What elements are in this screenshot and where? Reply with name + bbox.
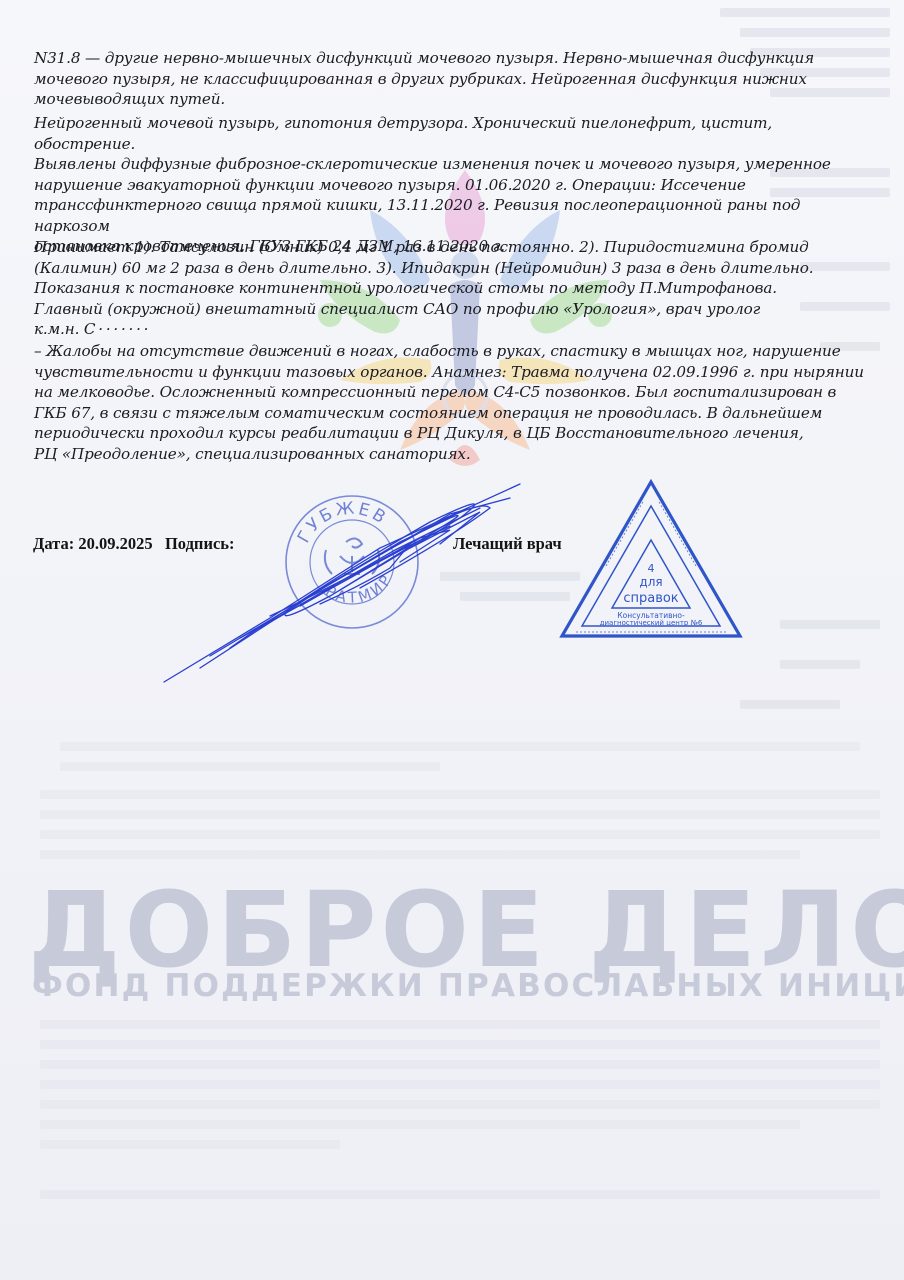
text-line: Нейрогенный мочевой пузырь, гипотония де… bbox=[34, 113, 864, 154]
text-line: чувствительности и функции тазовых орган… bbox=[34, 362, 864, 383]
medical-history-paragraph: Нейрогенный мочевой пузырь, гипотония де… bbox=[34, 113, 864, 257]
triangle-clinic-stamp: 4 для справок Консультативно- диагностич… bbox=[556, 476, 746, 644]
text-line: периодически проходил курсы реабилитации… bbox=[34, 423, 864, 444]
document-page: N31.8 — другие нервно-мышечных дисфункци… bbox=[0, 0, 904, 1280]
text-line: РЦ «Преодоление», специализированных сан… bbox=[34, 444, 864, 465]
text-line: Главный (окружной) внештатный специалист… bbox=[34, 299, 864, 320]
text-line: на мелководье. Осложненный компрессионны… bbox=[34, 382, 864, 403]
text-line: N31.8 — другие нервно-мышечных дисфункци… bbox=[34, 48, 864, 69]
svg-text:справок: справок bbox=[623, 591, 678, 606]
text-line: мочевыводящих путей. bbox=[34, 89, 864, 110]
svg-text:диагностический центр №6: диагностический центр №6 bbox=[600, 619, 703, 627]
text-line: к.м.н. С · · · · · · · bbox=[34, 319, 864, 340]
text-line: ГКБ 67, в связи с тяжелым соматическим с… bbox=[34, 403, 864, 424]
foundation-watermark-title: ДОБРОЕ ДЕЛО bbox=[28, 880, 898, 980]
text-line: (Калимин) 60 мг 2 раза в день длительно.… bbox=[34, 258, 864, 279]
text-line: нарушение эвакуаторной функции мочевого … bbox=[34, 175, 864, 196]
text-line: – Жалобы на отсутствие движений в ногах,… bbox=[34, 341, 864, 362]
text-line: транссфинктерного свища прямой кишки, 13… bbox=[34, 195, 864, 236]
handwritten-signature bbox=[150, 478, 530, 688]
text-line: мочевого пузыря, не классифицированная в… bbox=[34, 69, 864, 90]
text-line: Принимает 1). Тамсулозин (Омник) 0,4 мг … bbox=[34, 237, 864, 258]
svg-text:для: для bbox=[639, 575, 662, 589]
diagnosis-code-paragraph: N31.8 — другие нервно-мышечных дисфункци… bbox=[34, 48, 864, 110]
svg-text:4: 4 bbox=[648, 562, 655, 575]
text-line: Выявлены диффузные фиброзное-склеротичес… bbox=[34, 154, 864, 175]
text-line: Показания к постановке континентной урол… bbox=[34, 278, 864, 299]
complaints-anamnesis-paragraph: – Жалобы на отсутствие движений в ногах,… bbox=[34, 341, 864, 464]
foundation-watermark-subtitle: ФОНД ПОДДЕРЖКИ ПРАВОСЛАВНЫХ ИНИЦИАТИВ bbox=[32, 968, 902, 1004]
medication-paragraph: Принимает 1). Тамсулозин (Омник) 0,4 мг … bbox=[34, 237, 864, 340]
